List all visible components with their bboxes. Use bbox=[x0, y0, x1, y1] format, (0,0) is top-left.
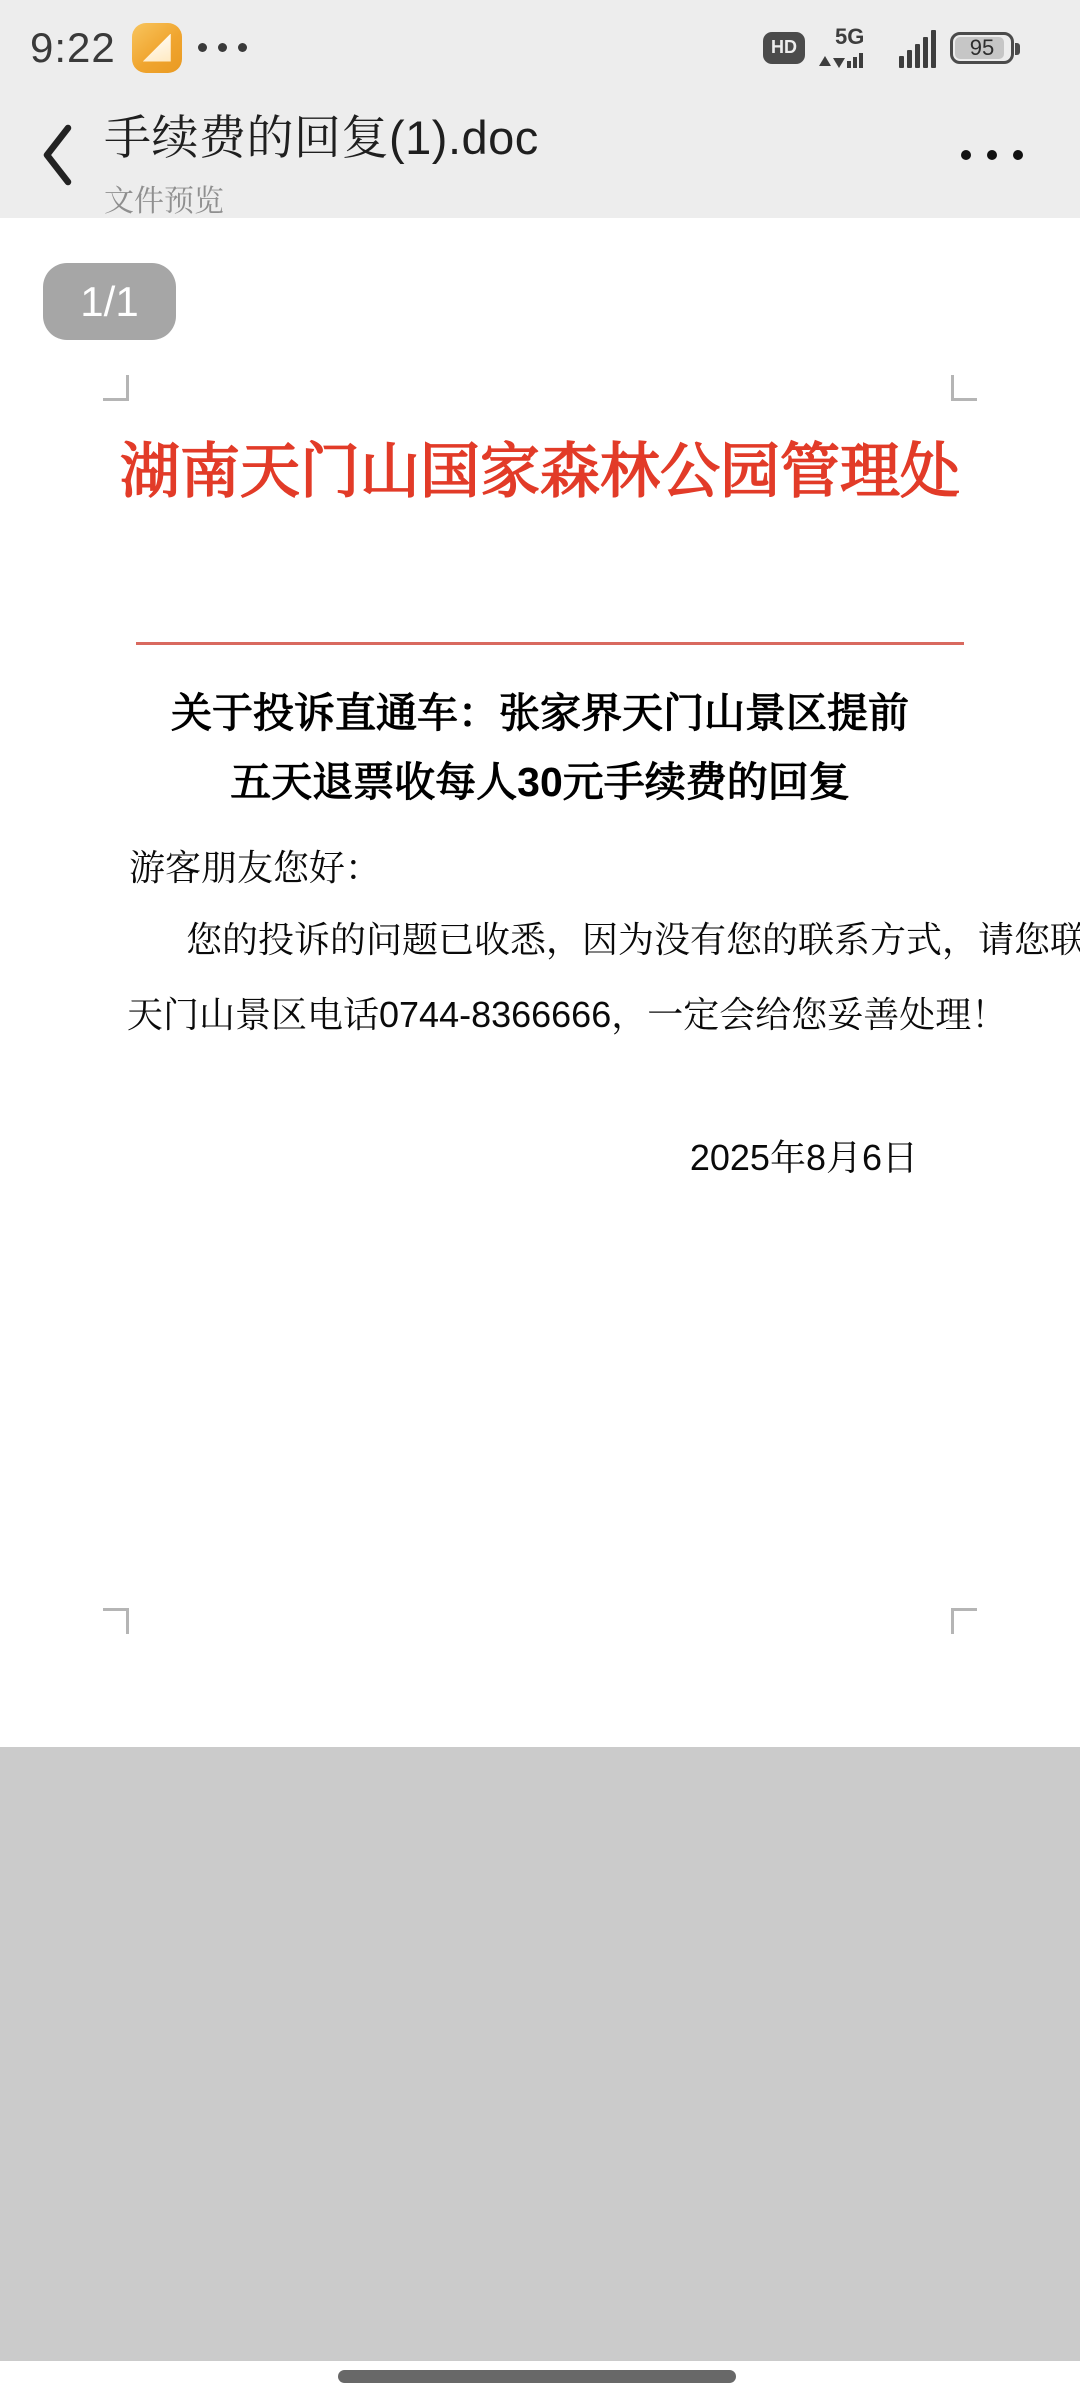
cellular-signal-icon: 5G bbox=[819, 28, 885, 68]
header-titles: 手续费的回复(1).doc 文件预览 bbox=[104, 101, 539, 220]
more-notifications-icon bbox=[198, 43, 247, 52]
back-button[interactable] bbox=[28, 113, 88, 197]
page-corner-mark-bottom-right bbox=[951, 1608, 977, 1634]
salutation-text: 游客朋友您好： bbox=[129, 840, 381, 891]
hd-volte-icon: HD bbox=[763, 32, 805, 64]
body-paragraph-line2: 天门山景区电话0744-8366666，一定会给您妥善处理！ bbox=[127, 987, 1007, 1038]
file-preview-header: 手续费的回复(1).doc 文件预览 bbox=[0, 95, 1080, 218]
battery-nub bbox=[1015, 43, 1020, 55]
file-preview-subtitle: 文件预览 bbox=[104, 176, 539, 220]
more-options-button[interactable] bbox=[956, 131, 1028, 179]
ellipsis-icon bbox=[961, 150, 1023, 160]
battery-icon: 95 bbox=[950, 32, 1014, 64]
home-indicator-handle[interactable] bbox=[338, 2370, 736, 2383]
data-activity-icon bbox=[819, 56, 845, 68]
chevron-left-icon bbox=[38, 120, 78, 190]
viewer-background bbox=[0, 1747, 1080, 2361]
network-type-label: 5G bbox=[835, 24, 864, 50]
document-title-line1: 关于投诉直通车：张家界天门山景区提前 bbox=[0, 680, 1080, 739]
page-indicator-badge: 1/1 bbox=[43, 263, 176, 340]
body-paragraph-line1: 您的投诉的问题已收悉，因为没有您的联系方式，请您联系 bbox=[186, 912, 1080, 963]
clock: 9:22 bbox=[30, 24, 116, 72]
page-corner-mark-top-right bbox=[951, 375, 977, 401]
page-corner-mark-top-left bbox=[103, 375, 129, 401]
document-title-line2: 五天退票收每人30元手续费的回复 bbox=[0, 749, 1080, 808]
top-chrome: 9:22 HD 5G 95 bbox=[0, 0, 1080, 218]
battery-percent: 95 bbox=[953, 35, 1011, 61]
page-corner-mark-bottom-left bbox=[103, 1608, 129, 1634]
document-page[interactable]: 1/1 湖南天门山国家森林公园管理处 关于投诉直通车：张家界天门山景区提前 五天… bbox=[0, 218, 1080, 1747]
sim1-signal-bars-icon bbox=[847, 53, 863, 68]
letterhead-divider bbox=[136, 642, 964, 645]
document-date: 2025年8月6日 bbox=[690, 1130, 918, 1181]
status-bar: 9:22 HD 5G 95 bbox=[0, 0, 1080, 95]
sim2-signal-bars-icon bbox=[899, 28, 936, 68]
notes-app-notification-icon bbox=[132, 23, 182, 73]
phone-screen: 9:22 HD 5G 95 bbox=[0, 0, 1080, 2400]
file-name-title: 手续费的回复(1).doc bbox=[104, 101, 539, 168]
letterhead-title: 湖南天门山国家森林公园管理处 bbox=[0, 424, 1080, 510]
